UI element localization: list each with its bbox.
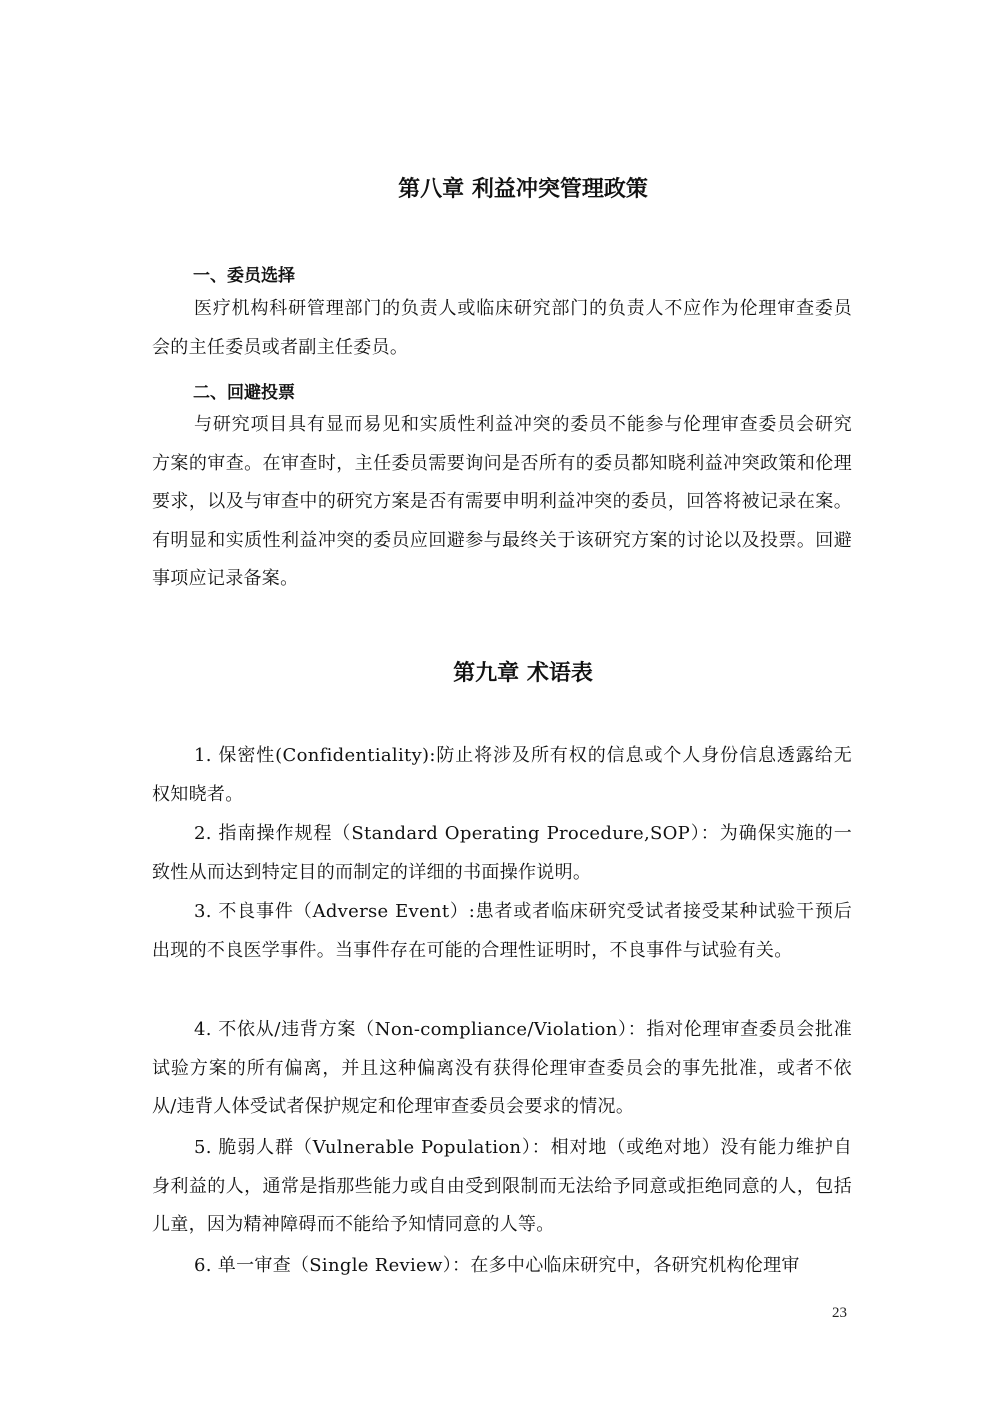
page-number: 23 bbox=[832, 1305, 847, 1322]
paragraph-member-selection: 医疗机构科研管理部门的负责人或临床研究部门的负责人不应作为伦理审查委员会的主任委… bbox=[152, 290, 852, 367]
term-vulnerable-population: 5. 脆弱人群（Vulnerable Population）：相对地（或绝对地）… bbox=[152, 1129, 852, 1245]
document-page: 第八章 利益冲突管理政策 一、委员选择 医疗机构科研管理部门的负责人或临床研究部… bbox=[0, 0, 1000, 1413]
term-confidentiality: 1. 保密性(Confidentiality):防止将涉及所有权的信息或个人身份… bbox=[152, 737, 852, 814]
section-heading-recusal-voting: 二、回避投票 bbox=[193, 378, 295, 403]
term-sop: 2. 指南操作规程（Standard Operating Procedure,S… bbox=[152, 815, 852, 892]
term-non-compliance: 4. 不依从/违背方案（Non-compliance/Violation）：指对… bbox=[152, 1011, 852, 1127]
section-heading-member-selection: 一、委员选择 bbox=[193, 261, 295, 286]
chapter-9-title: 第九章 术语表 bbox=[0, 656, 1000, 687]
chapter-8-title: 第八章 利益冲突管理政策 bbox=[0, 172, 1000, 203]
term-adverse-event: 3. 不良事件（Adverse Event）:患者或者临床研究受试者接受某种试验… bbox=[152, 893, 852, 970]
paragraph-recusal-voting: 与研究项目具有显而易见和实质性利益冲突的委员不能参与伦理审查委员会研究方案的审查… bbox=[152, 406, 852, 599]
term-single-review: 6. 单一审查（Single Review）：在多中心临床研究中，各研究机构伦理… bbox=[152, 1247, 852, 1286]
